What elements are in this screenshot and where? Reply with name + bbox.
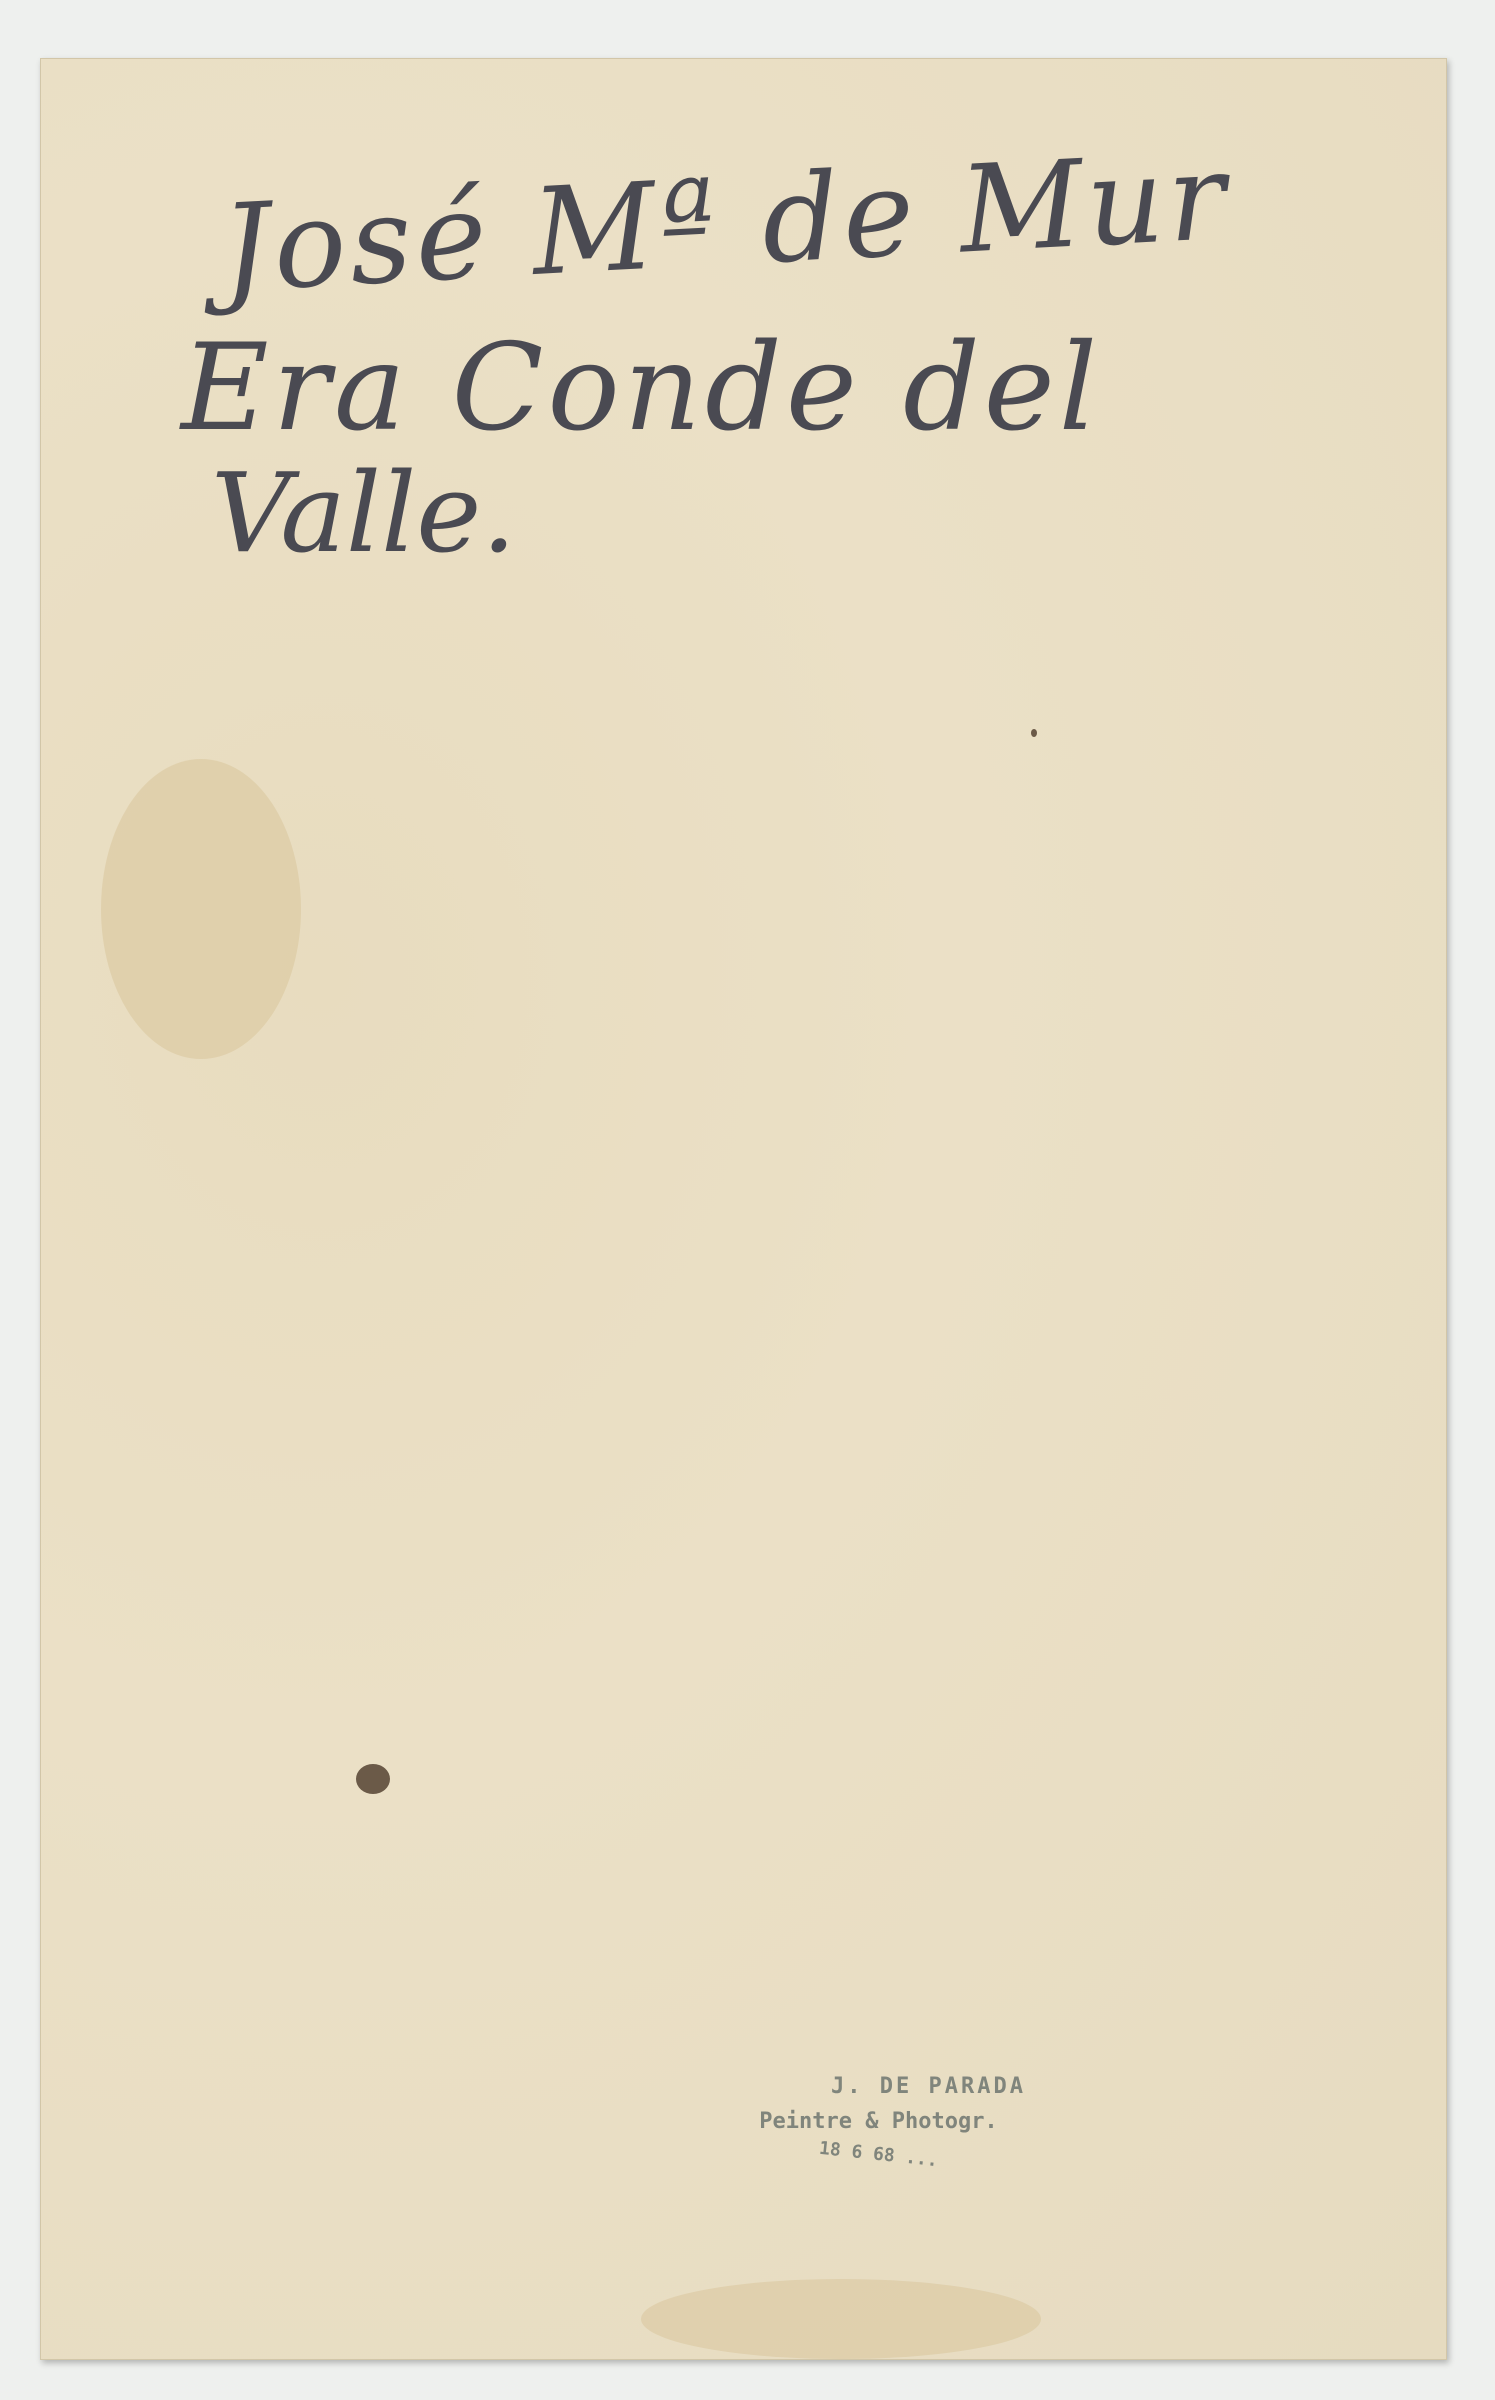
stamp-line-1: J. DE PARADA <box>831 2074 1026 2099</box>
card-back: José Mª de Mur Era Conde del Valle. J. D… <box>40 58 1447 2360</box>
spot <box>356 1764 390 1794</box>
stamp-line-2: Peintre & Photogr. <box>731 2109 1026 2134</box>
inscription-line-2: Era Conde del <box>181 319 1101 458</box>
photographer-stamp: J. DE PARADA Peintre & Photogr. 18 6 68 … <box>731 2074 1026 2165</box>
inscription-line-3: Valle. <box>211 449 516 577</box>
inscription-line-1: José Mª de Mur <box>218 128 1233 320</box>
stain <box>641 2279 1041 2359</box>
spot <box>1031 729 1037 737</box>
stamp-line-3: 18 6 68 ... <box>731 2129 1027 2181</box>
stain <box>101 759 301 1059</box>
